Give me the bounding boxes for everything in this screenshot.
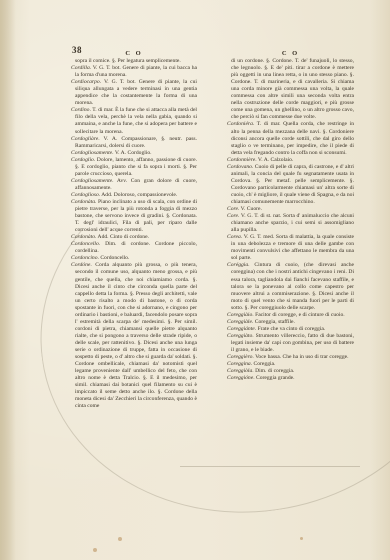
dictionary-entry: Corea. V. G. T. med. Sorta di malattia, …	[227, 234, 354, 262]
dictionary-entry: Cordoniéra. T. di mar. Quella corda, che…	[227, 121, 354, 156]
entry-lemma: Coreggiánte	[227, 326, 255, 332]
dictionary-entry: Cordilla. V. G. T. bot. Genere di piante…	[71, 65, 197, 79]
dictionary-entry: Cordoglioso. Add. Doloroso, compassionev…	[71, 192, 197, 199]
entry-definition: . V. G. T. di st. nat. Sorta d' animaluc…	[231, 213, 354, 233]
entry-definition: . Voce bassa. Che ha in uso di trar core…	[252, 354, 348, 360]
entry-lemma: Cordonàto	[71, 234, 95, 240]
dictionary-entry: Cordonnière. V. A. Calzolaio.	[227, 157, 354, 164]
left-column: C O sopra il comice. §. Per legatura sem…	[71, 50, 197, 410]
entry-lemma: Cordoglioso	[71, 192, 99, 198]
column-end-rule	[180, 466, 360, 467]
dictionary-entry: Core. V. Cuore.	[227, 206, 354, 213]
scanned-page: 38 C O sopra il comice. §. Per legatura …	[0, 0, 390, 560]
entry-definition: . Coreggia grande.	[253, 375, 294, 381]
entry-lemma: Core	[227, 206, 238, 212]
entry-lemma: Cordonnière	[227, 157, 255, 163]
dictionary-entry: Cordonàta. Piano inclinato a uso di scal…	[71, 199, 197, 234]
entry-definition: . V. G. T. bot. Genere di piante, la cui…	[75, 65, 197, 78]
dictionary-entry: Cordiocarpo. V. G. T. bot. Genere di pia…	[71, 79, 197, 107]
entry-lemma: Cordóne	[71, 262, 90, 268]
entry-definition: . Cintura di cuoio, (che direvasi anche …	[231, 262, 354, 310]
entry-definition: . Dim. di coreggia.	[252, 368, 294, 374]
entry-definition: . V. A. Calzolaio.	[255, 157, 293, 163]
entry-definition: . Dolore, lamento, affanno, passione di …	[75, 157, 197, 177]
entry-definition: sopra il comice. §. Per legatura semplic…	[75, 58, 181, 64]
dictionary-entry: Cordoncino. Cordoncello.	[71, 255, 197, 262]
entry-lemma: Coreggiàto	[227, 333, 252, 339]
entry-lemma: Coreggiàio	[227, 312, 252, 318]
entry-lemma: Coréggia	[227, 262, 248, 268]
entry-lemma: Coreggina	[227, 361, 251, 367]
entry-lemma: Cordoglio	[71, 157, 94, 163]
entry-lemma: Core	[227, 213, 238, 219]
right-column: C O di un cordone. §. Cordone. T. de' fu…	[227, 50, 354, 382]
entry-definition: di un cordone. §. Cordone. T. de' funaju…	[231, 58, 354, 120]
dictionary-entry: di un cordone. §. Cordone. T. de' funaju…	[227, 58, 354, 121]
entry-definition: . Corda alquanto più grossa, o più tener…	[75, 262, 197, 409]
right-entries: di un cordone. §. Cordone. T. de' funaju…	[227, 58, 354, 382]
page-binding-shadow	[0, 0, 16, 560]
entry-lemma: Cordoncello	[71, 241, 99, 247]
entry-lemma: Coreggiàle	[227, 319, 252, 325]
entry-definition: . Add. Cinto di cordone.	[95, 234, 149, 240]
dictionary-entry: Cordogliàre. V. A. Compassionare, §. neu…	[71, 136, 197, 150]
dictionary-entry: Coreggiòla. Dim. di coreggia.	[227, 368, 354, 375]
dictionary-entry: Coreggiánte. Frate che va cinto di coreg…	[227, 326, 354, 333]
dictionary-entry: Coreggièro. Voce bassa. Che ha in uso di…	[227, 354, 354, 361]
entry-lemma: Cordiocarpo	[71, 79, 100, 85]
entry-lemma: Coreggiòla	[227, 368, 252, 374]
left-entries: sopra il comice. §. Per legatura semplic…	[71, 58, 197, 410]
entry-definition: . V. G. T. med. Sorta di malattia, la qu…	[231, 234, 354, 261]
entry-lemma: Cordogliosamente	[71, 150, 112, 156]
entry-lemma: Cordovano	[227, 164, 252, 170]
entry-lemma: Coreggièro	[227, 354, 252, 360]
entry-lemma: Cordogliosamente	[71, 178, 112, 184]
entry-lemma: Coreggióne	[227, 375, 253, 381]
running-head-right: C O	[227, 50, 354, 57]
entry-definition: . Coreggia.	[251, 361, 276, 367]
dictionary-entry: Coreggiàle. Coreggia, staffile.	[227, 319, 354, 326]
entry-definition: . Facitor di coregge, e di cinture di cu…	[252, 312, 344, 318]
foxing-spot	[93, 548, 97, 552]
entry-lemma: Cordilla	[71, 65, 90, 71]
dictionary-entry: Coréggia. Cintura di cuoio, (che direvas…	[227, 262, 354, 311]
dictionary-entry: Coreggiàio. Facitor di coregge, e di cin…	[227, 312, 354, 319]
entry-definition: . V. Cuore.	[238, 206, 262, 212]
dictionary-entry: Cordóne. Corda alquanto più grossa, o pi…	[71, 262, 197, 410]
entry-definition: . T. di mar. È la fune che si attacca al…	[75, 107, 197, 134]
dictionary-entry: Coreggióne. Coreggia grande.	[227, 375, 354, 382]
entry-definition: . Cordoncello.	[98, 255, 130, 261]
entry-lemma: Cordoncino	[71, 255, 98, 261]
entry-definition: . Coreggia, staffile.	[252, 319, 295, 325]
dictionary-entry: Cordoncello. Dim. di cordone. Cordone pi…	[71, 241, 197, 255]
dictionary-entry: Core. V. G. T. di st. nat. Sorta d' anim…	[227, 213, 354, 234]
entry-lemma: Corea	[227, 234, 241, 240]
dictionary-entry: Cordonàto. Add. Cinto di cordone.	[71, 234, 197, 241]
dictionary-entry: Cordogliosamente. V. A. Cordoglio.	[71, 150, 197, 157]
dictionary-entry: Cordino. T. di mar. È la fune che si att…	[71, 107, 197, 135]
entry-lemma: Cordogliàre	[71, 136, 98, 142]
foxing-spot	[118, 537, 122, 541]
entry-lemma: Cordino	[71, 107, 89, 113]
entry-definition: . Frate che va cinto di coreggia.	[255, 326, 326, 332]
dictionary-entry: sopra il comice. §. Per legatura semplic…	[71, 58, 197, 65]
running-head-left: C O	[71, 50, 197, 57]
entry-definition: . Cuoio di pelle di capra, di castrone, …	[231, 164, 354, 205]
entry-definition: . Add. Doloroso, compassionevole.	[99, 192, 177, 198]
dictionary-entry: Cordogliosamente. Avv. Con gran dolore d…	[71, 178, 197, 192]
dictionary-entry: Cordoglio. Dolore, lamento, affanno, pas…	[71, 157, 197, 178]
dictionary-entry: Coreggina. Coreggia.	[227, 361, 354, 368]
entry-definition: . V. A. Cordoglio.	[112, 150, 151, 156]
entry-lemma: Cordoniéra	[227, 121, 253, 127]
foxing-spot	[300, 537, 303, 540]
entry-lemma: Cordonàta	[71, 199, 95, 205]
dictionary-entry: Cordovano. Cuoio di pelle di capra, di c…	[227, 164, 354, 206]
dictionary-entry: Coreggiàto. Strumento villereccio, fatto…	[227, 333, 354, 354]
